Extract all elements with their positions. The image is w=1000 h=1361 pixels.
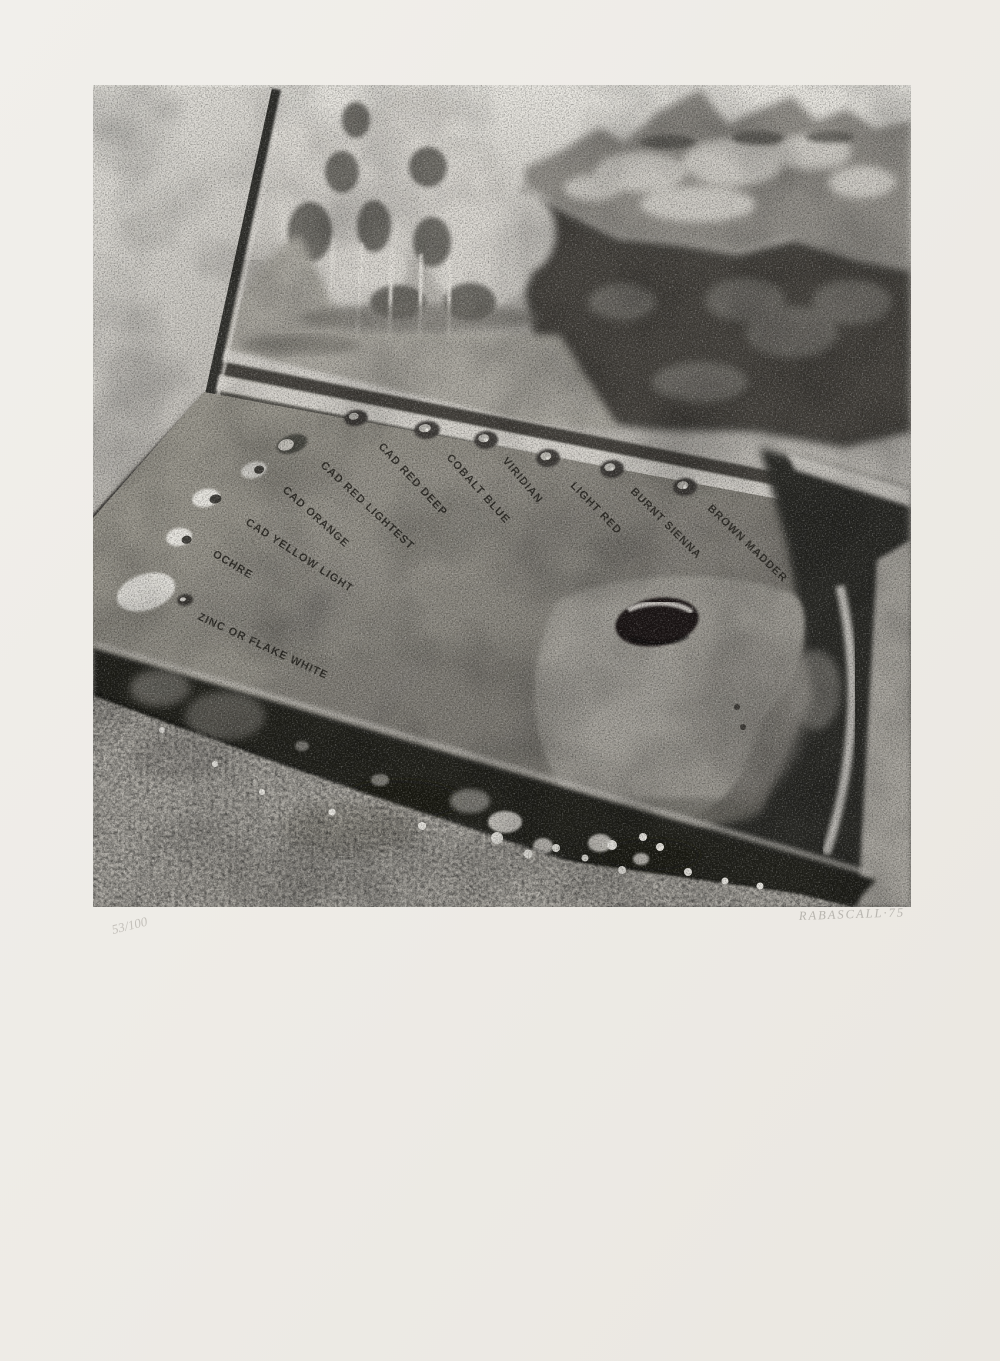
film-grain-light <box>93 85 911 907</box>
art-print-sheet: CAD RED DEEP COBALT BLUE VIRIDIAN LIGHT … <box>0 0 1000 1361</box>
print-illustration: CAD RED DEEP COBALT BLUE VIRIDIAN LIGHT … <box>0 0 1000 1361</box>
photo-print: CAD RED DEEP COBALT BLUE VIRIDIAN LIGHT … <box>93 85 911 910</box>
